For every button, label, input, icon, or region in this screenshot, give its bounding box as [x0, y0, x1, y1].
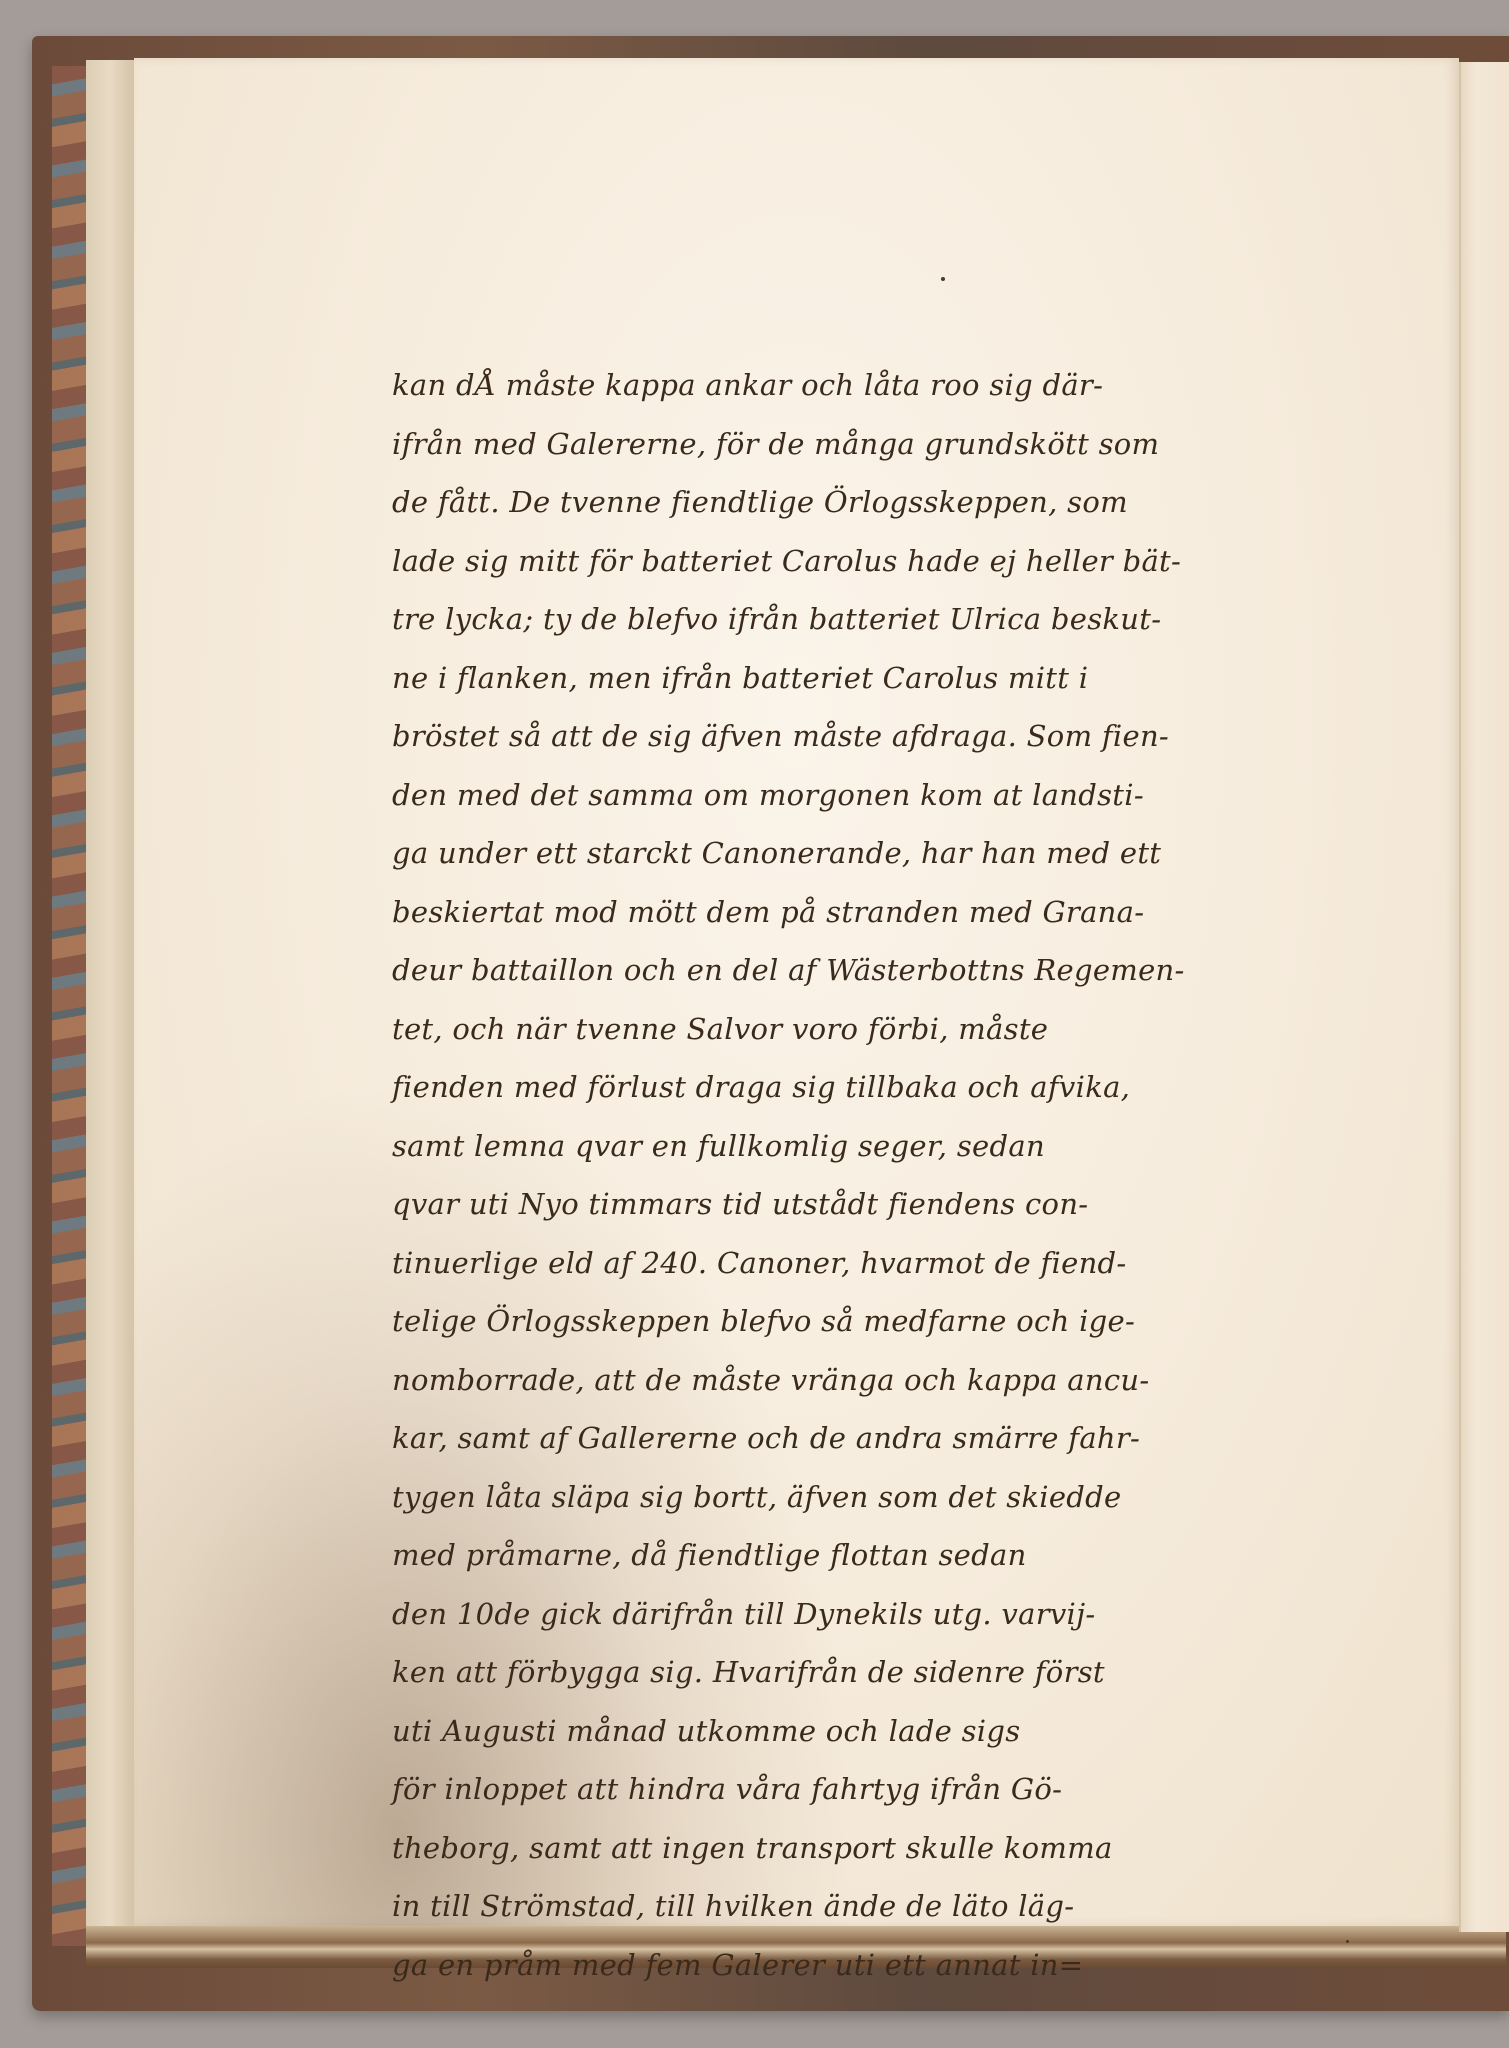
text-line: för inloppet att hindra våra fahrtyg ifr… [392, 1760, 1352, 1819]
handwritten-text: kan dÅ måste kappa ankar och låta roo si… [392, 356, 1352, 1994]
marbled-endpaper [52, 66, 86, 1946]
text-line: telige Örlogsskeppen blefvo så medfarne … [392, 1292, 1352, 1351]
text-line: med pråmarne, då fiendtlige flottan seda… [392, 1526, 1352, 1585]
text-line: ga under ett starckt Canonerande, har ha… [392, 824, 1352, 883]
text-line: den 10de gick därifrån till Dynekils utg… [392, 1585, 1352, 1644]
text-line: bröstet så att de sig äfven måste afdrag… [392, 707, 1352, 766]
text-line: kan dÅ måste kappa ankar och låta roo si… [392, 356, 1352, 415]
text-line: qvar uti Nyo timmars tid utstådt fienden… [392, 1175, 1352, 1234]
text-line: tinuerlige eld af 240. Canoner, hvarmot … [392, 1234, 1352, 1293]
facing-page-edge [1459, 62, 1509, 1932]
text-line: deur battaillon och en del af Wästerbott… [392, 941, 1352, 1000]
text-line: den med det samma om morgonen kom at lan… [392, 766, 1352, 825]
text-line: ga en pråm med fem Galerer uti ett annat… [392, 1936, 1352, 1995]
text-line: beskiertat mod mött dem på stranden med … [392, 883, 1352, 942]
text-line: tet, och när tvenne Salvor voro förbi, m… [392, 1000, 1352, 1059]
text-line: ken att förbygga sig. Hvarifrån de siden… [392, 1643, 1352, 1702]
text-line: nomborrade, att de måste vränga och kapp… [392, 1351, 1352, 1410]
text-line: kar, samt af Gallererne och de andra smä… [392, 1409, 1352, 1468]
text-line: tre lycka; ty de blefvo ifrån batteriet … [392, 590, 1352, 649]
text-line: lade sig mitt för batteriet Carolus hade… [392, 532, 1352, 591]
text-line: in till Strömstad, till hvilken ände de … [392, 1877, 1352, 1936]
text-line: ifrån med Galererne, för de många grunds… [392, 415, 1352, 474]
ink-speck [941, 277, 945, 281]
text-line: tygen låta släpa sig bortt, äfven som de… [392, 1468, 1352, 1527]
text-line: theborg, samt att ingen transport skulle… [392, 1819, 1352, 1878]
text-line: fienden med förlust draga sig tillbaka o… [392, 1058, 1352, 1117]
text-line: uti Augusti månad utkomme och lade sigs [392, 1702, 1352, 1761]
text-line: de fått. De tvenne fiendtlige Örlogsskep… [392, 473, 1352, 532]
text-line: ne i flanken, men ifrån batteriet Carolu… [392, 649, 1352, 708]
text-line: samt lemna qvar en fullkomlig seger, sed… [392, 1117, 1352, 1176]
